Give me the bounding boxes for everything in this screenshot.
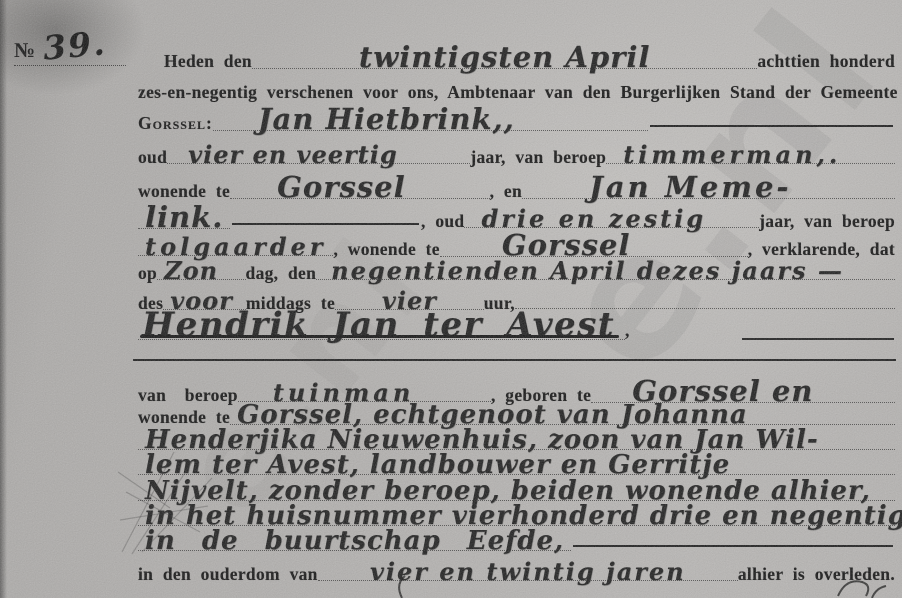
- scan-edge-shadow: [0, 0, 7, 598]
- handwritten-declarant2-name: Jan Meme-: [582, 170, 798, 204]
- handwritten-weekday: Zon: [157, 256, 225, 285]
- printed-label: oud: [138, 147, 167, 168]
- handwritten-registrar-name: Jan Hietbrink,,: [251, 102, 522, 136]
- fill-field-occupation: timmerman,.: [606, 140, 895, 169]
- form-line-registrar: Gorssel: Jan Hietbrink,,: [138, 102, 895, 136]
- fill-field-registrar: Jan Hietbrink,,: [213, 102, 648, 136]
- handwritten-residence: Gorssel: [270, 170, 413, 204]
- printed-label: Heden den: [164, 51, 252, 72]
- fill-field-age-at-death: vier en twintig jaren: [318, 557, 738, 586]
- printed-label: in den ouderdom van: [138, 564, 318, 585]
- form-line-declarant1-age: oud vier en veertig jaar, van beroep tim…: [138, 140, 895, 169]
- fill-field-date: twintigsten April: [252, 40, 757, 74]
- handwritten-deceased-name: Hendrik Jan ter Avest: [138, 305, 625, 345]
- form-line-age-at-death: in den ouderdom van vier en twintig jare…: [138, 557, 895, 586]
- handwritten-hamlet: in de buurtschap Eefde,: [138, 526, 571, 556]
- fill-field-declarant2: Jan Meme-: [522, 170, 895, 204]
- form-line-date: Heden den twintigsten April achttien hon…: [138, 40, 895, 74]
- fill-field-deceased-name: Hendrik Jan ter Avest: [138, 305, 625, 345]
- printed-label: , en: [490, 181, 522, 202]
- handwritten-age-at-death: vier en twintig jaren: [363, 557, 693, 586]
- form-line-declarant1-residence: wonende te Gorssel , en Jan Meme-: [138, 170, 895, 204]
- scan-corner-shadow: [0, 0, 145, 95]
- printed-label: zes-en-negentig verschenen voor ons, Amb…: [138, 82, 898, 103]
- death-certificate-scan: e.nl e.nl № 39. Heden den twintigsten Ap…: [0, 0, 902, 598]
- form-line-death-day: op Zon dag, den negentienden April dezes…: [138, 256, 895, 285]
- ruled-line: [648, 116, 895, 134]
- printed-label: op: [138, 263, 157, 284]
- printed-label: alhier is overleden.: [738, 564, 895, 585]
- printed-label: achttien honderd: [757, 51, 895, 72]
- municipality-label: Gorssel:: [138, 113, 213, 134]
- handwritten-death-date: negentienden April dezes jaars —: [324, 256, 851, 285]
- printed-label: ,: [625, 320, 630, 341]
- printed-label: wonende te: [138, 181, 230, 202]
- fill-field-residence: Gorssel: [230, 170, 489, 204]
- fill-field-hamlet: in de buurtschap Eefde,: [138, 526, 571, 556]
- ruled-line: [133, 359, 896, 361]
- handwritten-age: vier en veertig: [181, 140, 405, 169]
- form-line-hamlet: in de buurtschap Eefde,: [138, 526, 895, 556]
- printed-label: dag, den: [246, 263, 317, 284]
- fill-field-age: vier en veertig: [167, 140, 470, 169]
- handwritten-date: twintigsten April: [352, 40, 658, 74]
- ruled-line: [571, 536, 895, 554]
- fill-field-weekday: Zon: [157, 256, 245, 285]
- fill-field-death-date: negentienden April dezes jaars —: [316, 256, 895, 285]
- ruled-line: [742, 338, 894, 340]
- handwritten-occupation: timmerman,.: [616, 140, 848, 169]
- printed-label: jaar, van beroep: [470, 147, 606, 168]
- form-line-official: zes-en-negentig verschenen voor ons, Amb…: [138, 82, 895, 103]
